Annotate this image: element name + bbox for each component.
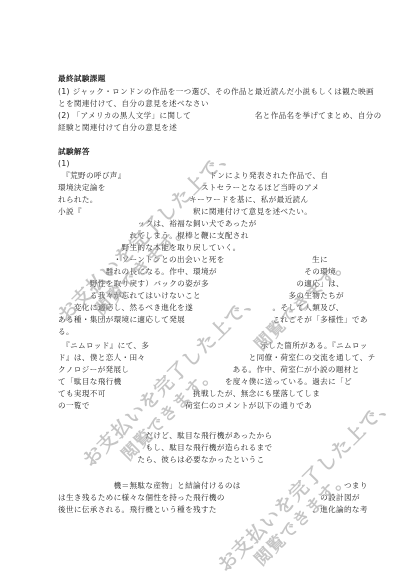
body-line: の一覧で 荷室仁のコメントが以下の通りであ xyxy=(58,401,312,411)
body-line: 群れの長になる。作中、環境が その環境 xyxy=(58,267,336,277)
body-line: れてしまう。棍棒と鞭に支配され xyxy=(58,231,249,241)
body-line: ・ソーントンとの出会いと死を 生に xyxy=(58,255,328,265)
answer-number: (1) xyxy=(58,159,70,169)
body-line: ド』は、僕と恋人・田々 と同僚・荷室仁の交流を通して、テ xyxy=(58,353,376,363)
quote-line: だけど、駄目な飛行機があったから xyxy=(58,431,272,441)
body-line: ある種・集団が環境に適応して発展 これこそが「多様性」であ xyxy=(58,315,368,325)
body-line: て「駄目な飛行機 を度々僕に送っている。過去に「ど xyxy=(58,377,352,387)
quote-line: もし、駄目な飛行機が造られるまで xyxy=(58,443,272,453)
document-page: 最終試験課題 (1) ジャック・ロンドンの作品を一つ選び、その作品と最近読んだ小… xyxy=(0,0,410,580)
body-line: れられた。 キーワードを基に、私が最近読ん xyxy=(58,195,308,205)
body-line: クノロジーが発展し ある。作中、荷室仁が小説の題材と xyxy=(58,365,360,375)
body-line: 野性を取り戻す）バックの姿が多 の適応」は、 xyxy=(58,279,344,289)
body-line: ックは、裕福な飼い犬であったが xyxy=(58,219,257,229)
assignment-heading: 最終試験課題 xyxy=(58,74,106,84)
body-line: 『ニムロッド』にて、多 示した箇所がある。『ニムロッ xyxy=(58,341,368,351)
body-line: 変化に適応し、然るべき進化を遂 。そして人類及び、 xyxy=(58,303,344,313)
body-line: 野生的な本能を取り戻していく。 xyxy=(58,243,241,253)
assignment-item-line: (1) ジャック・ロンドンの作品を一つ選び、その作品と最近読んだ小説もしくは観た… xyxy=(58,87,374,97)
body-line: 環境決定論を ストセラーとなるほど当時のアメ xyxy=(58,183,319,193)
quote-line: たら、彼らは必要なかったというこ xyxy=(58,455,265,465)
body-line: ても実現不可 挑戦したが、無念にも墜落してしま xyxy=(58,389,320,399)
body-line: 小説『 釈に関連付けて意見を述べたい。 xyxy=(58,207,312,217)
body-line: 後世に伝承される。飛行機という種を残すた 、進化論的な考 xyxy=(58,505,368,515)
body-line: 機＝無駄な産物」と結論付けるのは つまり xyxy=(58,481,368,491)
assignment-item-line: 経験と関連付けて自分の意見を述 xyxy=(58,123,177,133)
body-line: る。 xyxy=(58,327,74,337)
assignment-item-line: とを関連付けて、自分の意見を述べなさい xyxy=(58,99,209,109)
body-line: る我々が忘れてはいけないこと 多の生物たちが xyxy=(58,291,344,301)
assignment-item-line: (2) 「アメリカの黒人文学」に関して 名と作品名を挙げてまとめ、自分の xyxy=(58,111,382,121)
body-line: 『荒野の呼び声』 ドンにより発表された作品で、自 xyxy=(58,171,328,181)
answer-heading: 試験解答 xyxy=(58,147,90,157)
body-line: は生き残るために様々な個性を持った飛行機の の設計図が xyxy=(58,493,360,503)
